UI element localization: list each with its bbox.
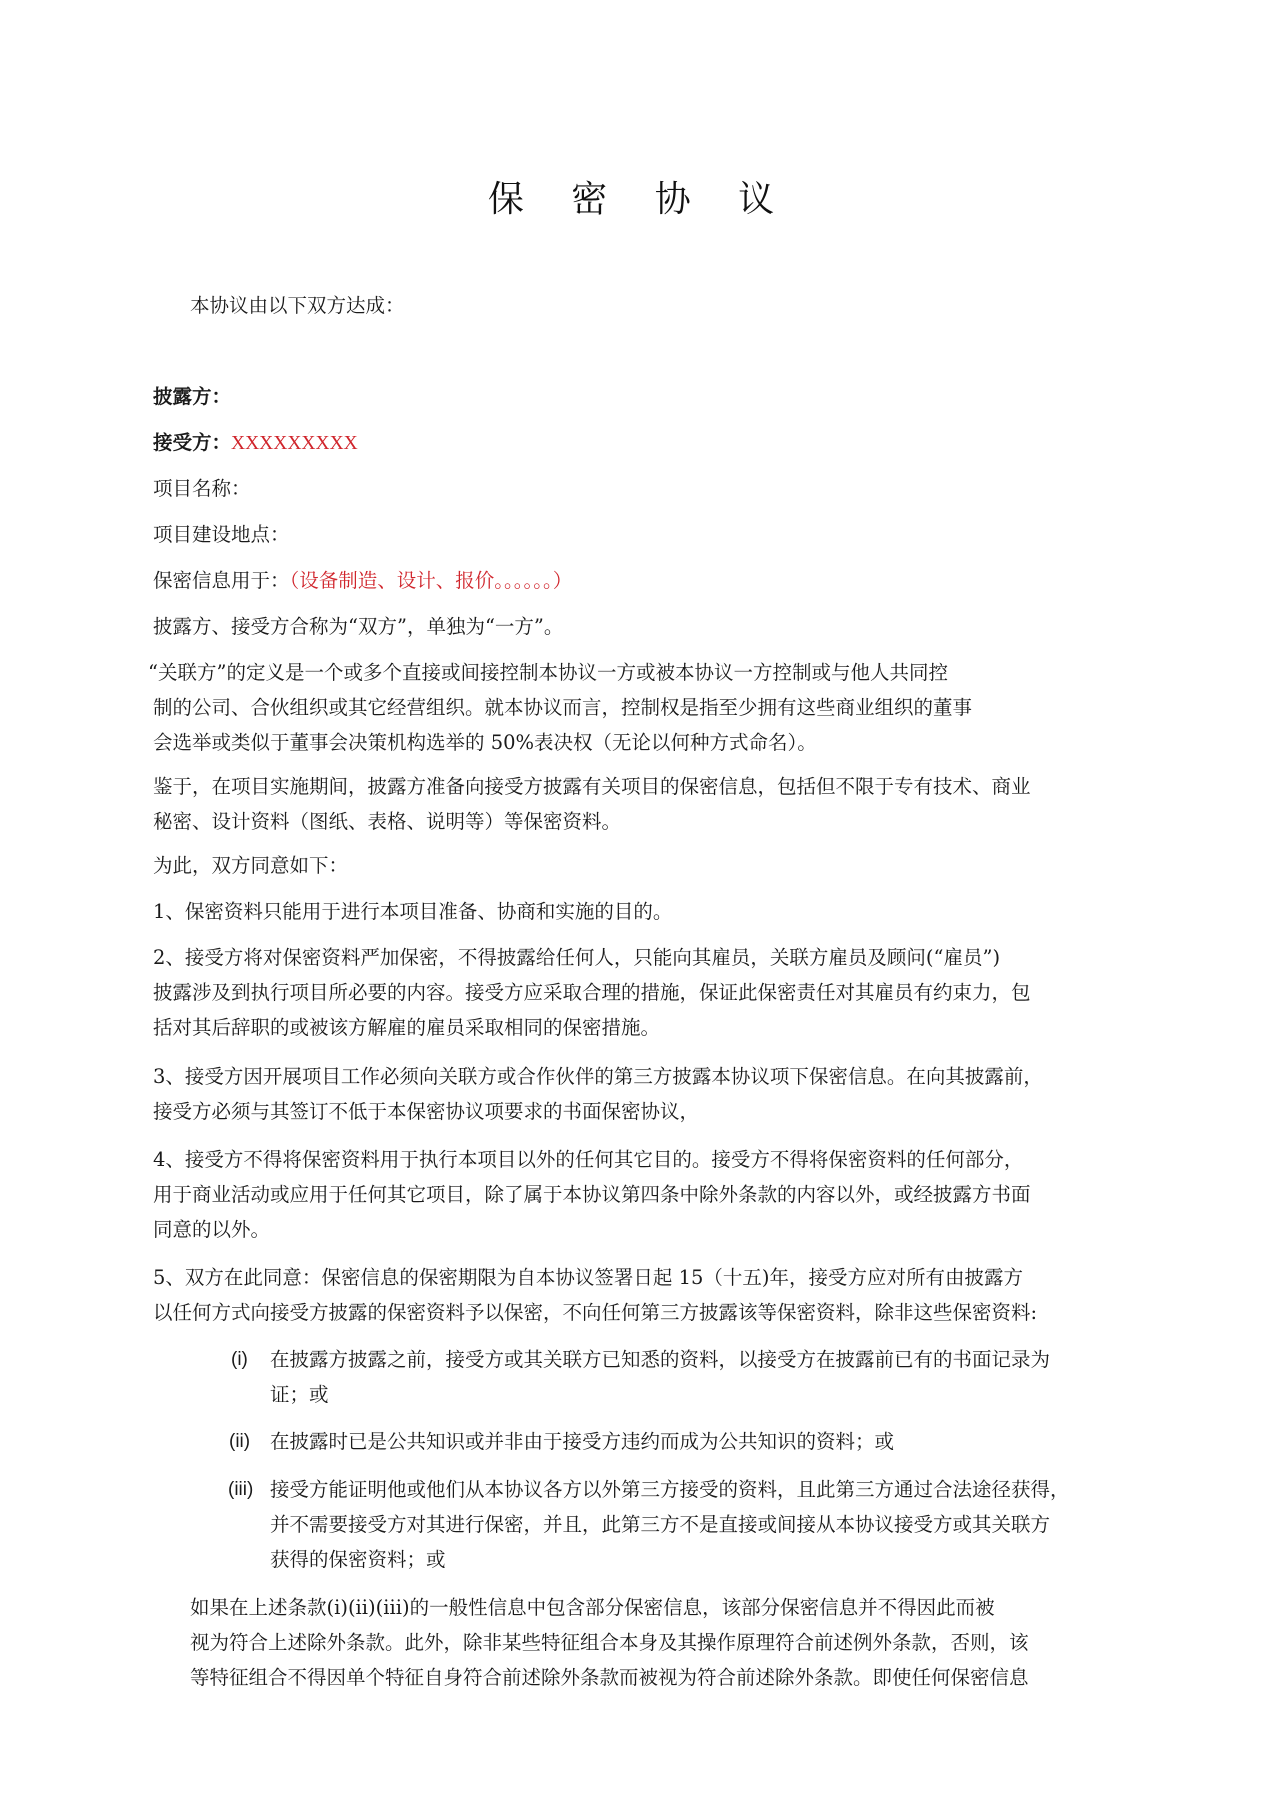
discloser-label: 披露方：	[153, 383, 231, 411]
intro-text: 本协议由以下双方达成：	[190, 292, 405, 320]
paragraph-line: 会选举或类似于董事会决策机构选举的 50%表决权（无论以何种方式命名）。	[153, 729, 817, 757]
paragraph-line: “关联方”的定义是一个或多个直接或间接控制本协议一方或被本协议一方控制或与他人共…	[148, 659, 948, 687]
agreement-intro: 为此，双方同意如下：	[153, 852, 348, 880]
exception-line: 接受方能证明他或他们从本协议各方以外第三方接受的资料，且此第三方通过合法途径获得…	[270, 1476, 1070, 1504]
clause-line: 同意的以外。	[153, 1216, 270, 1244]
paragraph-line: 等特征组合不得因单个特征自身符合前述除外条款而被视为符合前述除外条款。即使任何保…	[190, 1664, 1029, 1692]
clause-line: 4、接受方不得将保密资料用于执行本项目以外的任何其它目的。接受方不得将保密资料的…	[153, 1146, 1023, 1174]
recipient-line: 接受方：XXXXXXXXX	[153, 429, 358, 458]
exception-line: 获得的保密资料；或	[270, 1546, 446, 1574]
recipient-value: XXXXXXXXX	[231, 433, 358, 454]
clause-line: 1、保密资料只能用于进行本项目准备、协商和实施的目的。	[153, 898, 672, 926]
clause-line: 括对其后辞职的或被该方解雇的雇员采取相同的保密措施。	[153, 1014, 660, 1042]
purpose-label: 保密信息用于：	[153, 569, 290, 592]
clause-line: 接受方必须与其签订不低于本保密协议项要求的书面保密协议，	[153, 1098, 699, 1126]
exception-marker: (i)	[231, 1346, 248, 1374]
exception-marker: (ii)	[229, 1428, 250, 1456]
exception-line: 证；或	[270, 1381, 329, 1409]
paragraph-line: 制的公司、合伙组织或其它经营组织。就本协议而言，控制权是指至少拥有这些商业组织的…	[153, 694, 972, 722]
collective-note: 披露方、接受方合称为“双方”，单独为“一方”。	[153, 613, 563, 641]
paragraph-line: 视为符合上述除外条款。此外，除非某些特征组合本身及其操作原理符合前述例外条款，否…	[190, 1629, 1029, 1657]
document-page: 保 密 协 议 本协议由以下双方达成： 披露方： 接受方：XXXXXXXXX 项…	[0, 0, 1280, 1810]
exception-line: 在披露时已是公共知识或并非由于接受方违约而成为公共知识的资料；或	[270, 1428, 894, 1456]
clause-line: 5、双方在此同意：保密信息的保密期限为自本协议签署日起 15（十五)年，接受方应…	[153, 1264, 1023, 1292]
clause-line: 披露涉及到执行项目所必要的内容。接受方应采取合理的措施，保证此保密责任对其雇员有…	[153, 979, 1031, 1007]
paragraph-line: 鉴于，在项目实施期间，披露方准备向接受方披露有关项目的保密信息，包括但不限于专有…	[153, 773, 1031, 801]
purpose-value: （设备制造、设计、报价。。。。。。）	[290, 569, 573, 592]
exception-marker: (iii)	[228, 1476, 253, 1504]
project-site-label: 项目建设地点：	[153, 521, 290, 549]
purpose-line: 保密信息用于：（设备制造、设计、报价。。。。。。）	[153, 567, 572, 595]
recipient-label: 接受方：	[153, 431, 231, 454]
paragraph-line: 如果在上述条款(i)(ii)(iii)的一般性信息中包含部分保密信息，该部分保密…	[190, 1594, 995, 1622]
exception-line: 在披露方披露之前，接受方或其关联方已知悉的资料，以接受方在披露前已有的书面记录为	[270, 1346, 1050, 1374]
clause-line: 以任何方式向接受方披露的保密资料予以保密，不向任何第三方披露该等保密资料，除非这…	[153, 1299, 1037, 1327]
clause-line: 3、接受方因开展项目工作必须向关联方或合作伙伴的第三方披露本协议项下保密信息。在…	[153, 1063, 1043, 1091]
paragraph-line: 秘密、设计资料（图纸、表格、说明等）等保密资料。	[153, 808, 621, 836]
exception-line: 并不需要接受方对其进行保密，并且，此第三方不是直接或间接从本协议接受方或其关联方	[270, 1511, 1050, 1539]
document-title: 保 密 协 议	[0, 178, 1280, 222]
project-name-label: 项目名称：	[153, 475, 251, 503]
clause-line: 2、接受方将对保密资料严加保密，不得披露给任何人，只能向其雇员，关联方雇员及顾问…	[153, 944, 1000, 972]
clause-line: 用于商业活动或应用于任何其它项目，除了属于本协议第四条中除外条款的内容以外，或经…	[153, 1181, 1031, 1209]
